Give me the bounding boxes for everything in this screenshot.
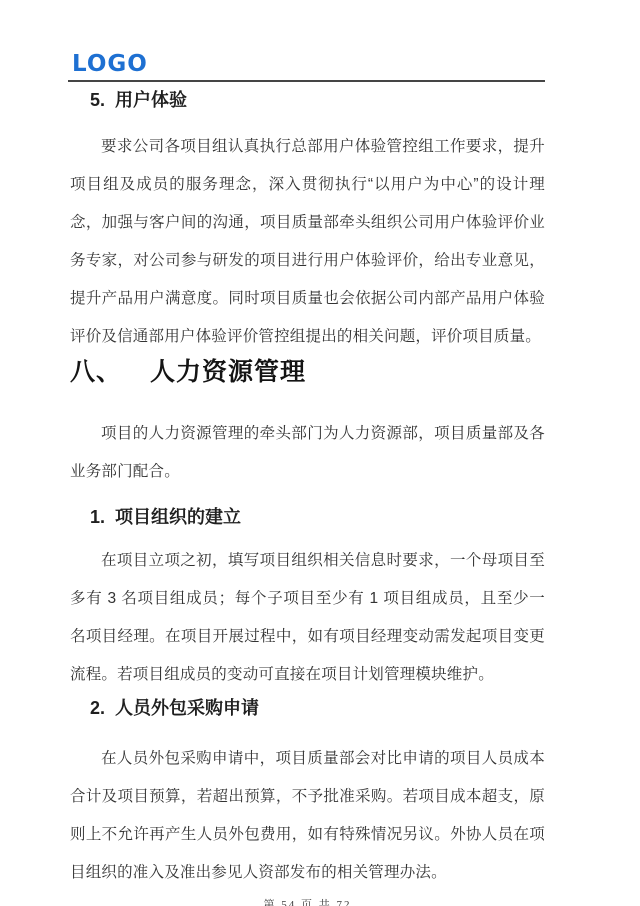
- subsection-heading-5: 5.用户体验: [70, 88, 545, 112]
- subsection-heading-1: 1.项目组织的建立: [70, 505, 545, 529]
- chapter-heading: 八、人力资源管理: [70, 356, 545, 390]
- subsection-number: 2.: [90, 698, 105, 718]
- document-content: LOGO 5.用户体验 要求公司各项目组认真执行总部用户体验管控组工作要求，提升…: [70, 0, 545, 906]
- subsection-title: 项目组织的建立: [115, 507, 241, 527]
- document-page: LOGO 5.用户体验 要求公司各项目组认真执行总部用户体验管控组工作要求，提升…: [0, 0, 640, 906]
- page-number-footer: 第 54 页 共 72: [70, 898, 545, 906]
- paragraph-outsourcing: 在人员外包采购申请中，项目质量部会对比申请的项目人员成本合计及项目预算，若超出预…: [70, 740, 545, 892]
- paragraph-user-experience: 要求公司各项目组认真执行总部用户体验管控组工作要求，提升项目组及成员的服务理念，…: [70, 128, 545, 356]
- chapter-title: 人力资源管理: [150, 359, 306, 386]
- header-rule: [68, 80, 545, 82]
- subsection-number: 1.: [90, 507, 105, 527]
- company-logo: LOGO: [72, 53, 545, 75]
- subsection-heading-2: 2.人员外包采购申请: [70, 696, 545, 720]
- paragraph-project-org: 在项目立项之初，填写项目组织相关信息时要求，一个母项目至多有 3 名项目组成员；…: [70, 542, 545, 694]
- chapter-intro: 项目的人力资源管理的牵头部门为人力资源部，项目质量部及各业务部门配合。: [70, 415, 545, 491]
- subsection-title: 用户体验: [115, 90, 187, 110]
- subsection-number: 5.: [90, 90, 105, 110]
- subsection-title: 人员外包采购申请: [115, 698, 259, 718]
- chapter-number: 八、: [70, 359, 122, 386]
